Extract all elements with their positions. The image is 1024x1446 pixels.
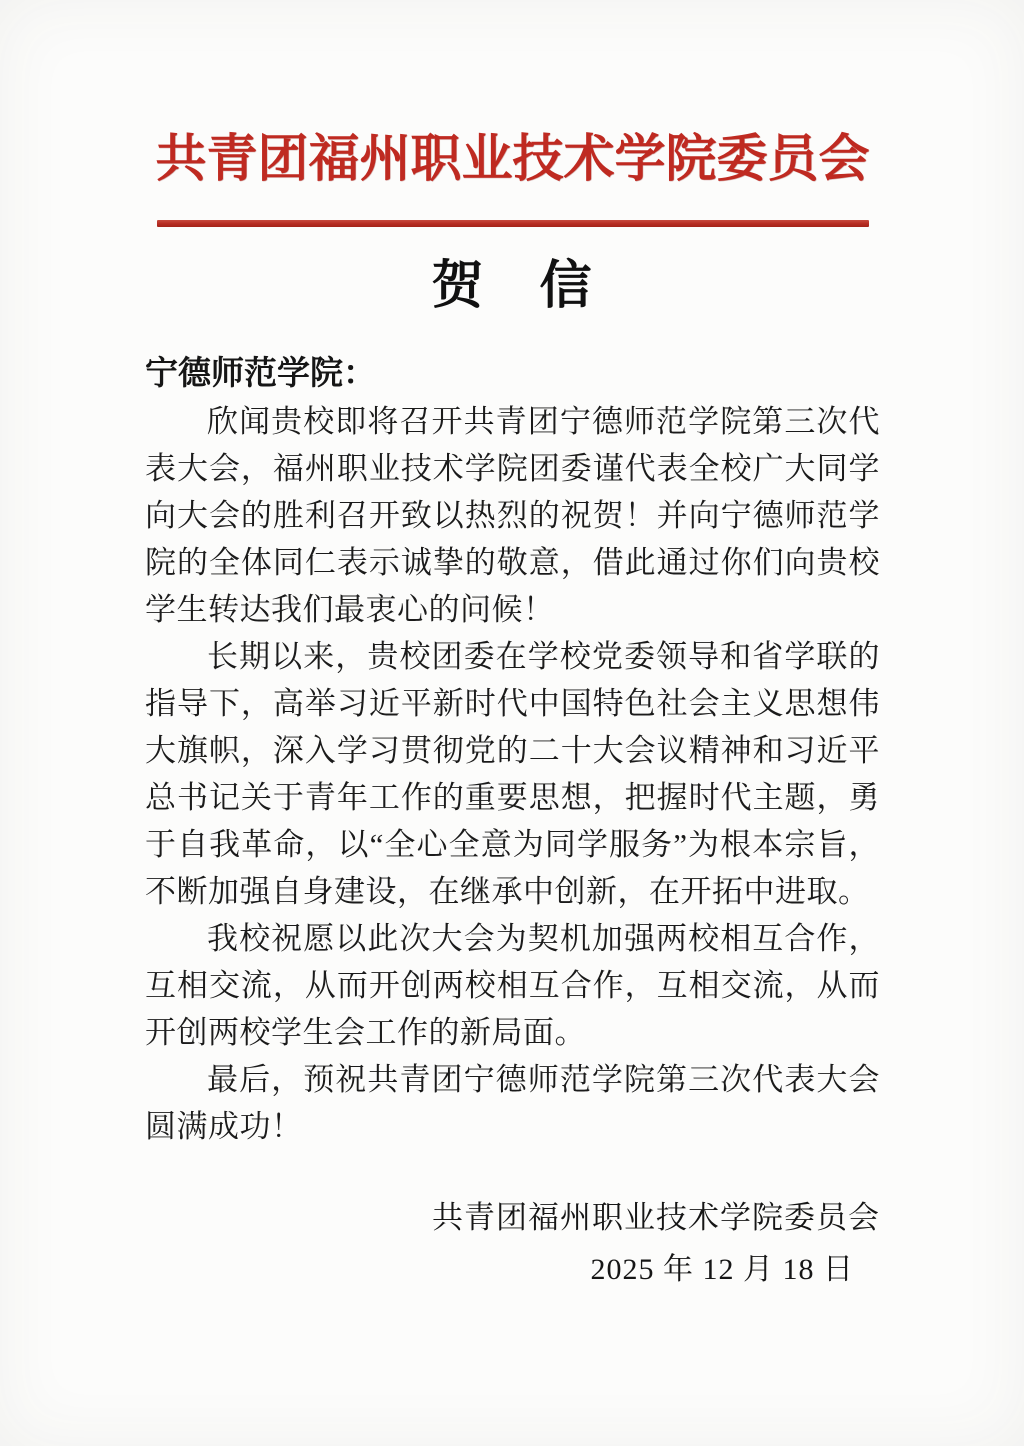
body-paragraph: 我校祝愿以此次大会为契机加强两校相互合作，互相交流，从而开创两校相互合作，互相交… [145, 915, 880, 1056]
signature-date: 2025 年 12 月 18 日 [145, 1244, 880, 1296]
salutation: 宁德师范学院： [145, 351, 880, 398]
letterhead-org-name: 共青团福州职业技术学院委员会 [145, 128, 880, 192]
body-paragraph: 最后，预祝共青团宁德师范学院第三次代表大会圆满成功！ [145, 1056, 880, 1150]
signature-block: 共青团福州职业技术学院委员会 2025 年 12 月 18 日 [145, 1192, 880, 1296]
letter-body: 欣闻贵校即将召开共青团宁德师范学院第三次代表大会，福州职业技术学院团委谨代表全校… [145, 398, 880, 1150]
letter-title: 贺 信 [145, 253, 880, 321]
signature-org: 共青团福州职业技术学院委员会 [145, 1192, 880, 1244]
body-paragraph: 长期以来，贵校团委在学校党委领导和省学联的指导下，高举习近平新时代中国特色社会主… [145, 633, 880, 915]
letter-page: 共青团福州职业技术学院委员会 贺 信 宁德师范学院： 欣闻贵校即将召开共青团宁德… [0, 0, 1024, 1446]
body-paragraph: 欣闻贵校即将召开共青团宁德师范学院第三次代表大会，福州职业技术学院团委谨代表全校… [145, 398, 880, 633]
letterhead-rule [157, 220, 869, 227]
